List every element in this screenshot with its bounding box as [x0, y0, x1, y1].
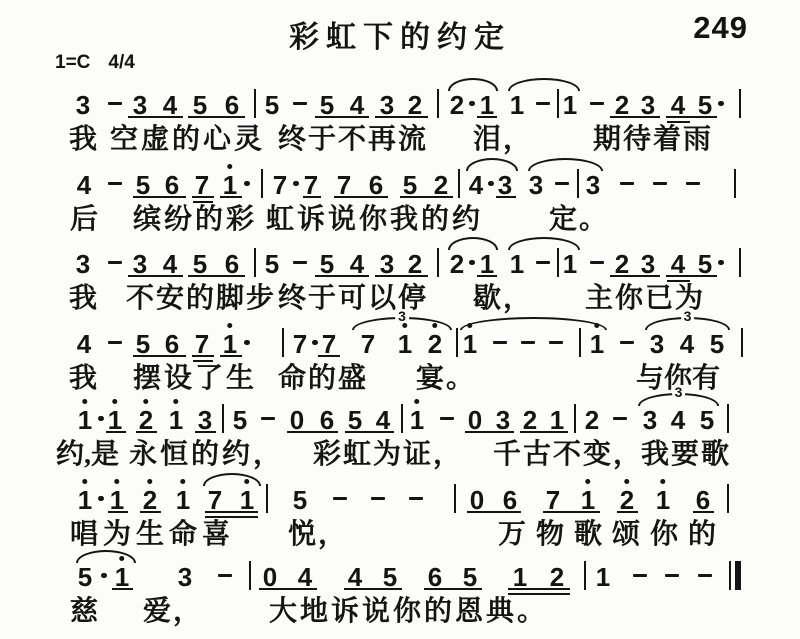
underline-beam — [666, 116, 717, 118]
note: 1 — [176, 487, 190, 513]
underline-beam — [375, 116, 428, 118]
note: 4 — [163, 251, 177, 277]
lyric-segment: 后 — [70, 206, 100, 234]
barline — [254, 89, 256, 118]
dash — [698, 574, 712, 577]
slur-arc — [528, 158, 603, 171]
note: 5 — [193, 92, 207, 118]
lyric-segment: 约,是 — [56, 441, 119, 469]
underline-beam — [424, 588, 482, 590]
note: 3 — [496, 407, 510, 433]
note: 4 — [376, 407, 390, 433]
dash — [521, 341, 535, 344]
lyric-segment: 大地诉说你的恩典。 — [269, 598, 548, 626]
dash — [665, 574, 679, 577]
note: 7 — [195, 331, 209, 357]
note: 7 — [208, 487, 222, 513]
lyric-segment: 唱为生命喜 — [70, 521, 235, 549]
barline — [456, 328, 458, 357]
score: 334565543221112345我空虚的心灵终于不再流泪，期待着雨45671… — [0, 0, 800, 639]
note: 0 — [263, 564, 277, 590]
underline-beam — [195, 431, 216, 433]
note: 3 — [586, 172, 600, 198]
lyric-segment: 不安的脚步 — [126, 285, 276, 313]
dash — [293, 102, 307, 105]
dash — [620, 182, 634, 185]
dash — [108, 261, 122, 264]
octave-dot — [625, 479, 630, 484]
octave-dot — [181, 479, 186, 484]
barline — [739, 89, 741, 118]
note: 3 — [650, 331, 664, 357]
dash — [620, 341, 634, 344]
dot — [488, 181, 493, 186]
underline-beam — [496, 196, 516, 198]
note: 1 — [110, 487, 124, 513]
underline-beam — [467, 511, 521, 513]
lyric-segment: 悦， — [288, 521, 348, 549]
note: 6 — [165, 172, 179, 198]
note: 1 — [656, 487, 670, 513]
slur-arc — [448, 237, 498, 250]
dot — [718, 260, 723, 265]
note: 5 — [193, 251, 207, 277]
note: 2 — [450, 251, 464, 277]
dash — [293, 261, 307, 264]
note: 6 — [225, 251, 239, 277]
lyric-segment: 宴。 — [416, 365, 476, 393]
underline-beam — [106, 431, 126, 433]
barline — [574, 404, 576, 433]
dash — [653, 182, 667, 185]
lyric-segment: 缤纷的彩 — [133, 206, 257, 234]
underline-beam — [477, 275, 497, 277]
underline-beam — [205, 511, 258, 513]
note: 4 — [163, 92, 177, 118]
note: 1 — [513, 564, 527, 590]
underline-beam — [136, 431, 157, 433]
underline-beam — [188, 275, 245, 277]
barline — [739, 248, 741, 277]
slur-arc — [203, 473, 261, 486]
note: 4 — [671, 407, 685, 433]
note: 1 — [550, 407, 564, 433]
note: 2 — [408, 92, 422, 118]
dash — [590, 102, 604, 105]
note: 1 — [115, 564, 129, 590]
octave-dot — [228, 164, 233, 169]
dot — [244, 340, 249, 345]
lyric-segment: 我要歌 — [641, 441, 731, 469]
lyric-segment: 我 — [69, 285, 99, 313]
barline — [577, 169, 579, 198]
note: 5 — [293, 487, 307, 513]
underline-beam — [192, 196, 214, 198]
octave-dot — [115, 479, 120, 484]
barline — [727, 484, 729, 513]
barline — [458, 169, 460, 198]
final-barline — [735, 561, 741, 590]
lyric-segment: 歇， — [473, 285, 533, 313]
note: 2 — [615, 251, 629, 277]
note: 4 — [350, 251, 364, 277]
note: 5 — [463, 564, 477, 590]
underline-beam — [315, 116, 369, 118]
octave-dot — [113, 399, 118, 404]
dash — [536, 102, 550, 105]
dash — [371, 497, 385, 500]
note: 3 — [76, 251, 90, 277]
note: 5 — [78, 564, 92, 590]
dash — [333, 497, 347, 500]
note: 2 — [428, 331, 442, 357]
dash — [590, 261, 604, 264]
dot — [101, 573, 106, 578]
dot — [469, 101, 474, 106]
underline-beam — [375, 275, 428, 277]
note: 2 — [450, 92, 464, 118]
note: 7 — [361, 331, 375, 357]
note: 2 — [585, 407, 599, 433]
note: 2 — [523, 407, 537, 433]
lyric-segment: 千古不变， — [493, 441, 643, 469]
dot — [98, 416, 103, 421]
note: 0 — [290, 407, 304, 433]
underline-beam — [345, 431, 394, 433]
barline — [557, 89, 559, 118]
note: 6 — [165, 331, 179, 357]
note: 1 — [410, 407, 424, 433]
slur-arc — [508, 237, 580, 250]
underline-beam — [188, 116, 245, 118]
note: 1 — [596, 564, 610, 590]
dash — [218, 574, 232, 577]
note: 1 — [223, 172, 237, 198]
note: 2 — [143, 487, 157, 513]
lyric-segment: 空虚的心灵 — [110, 126, 265, 154]
slur-arc — [448, 78, 498, 91]
note: 4 — [77, 172, 91, 198]
note: 1 — [398, 331, 412, 357]
dash — [555, 182, 569, 185]
note: 5 — [265, 92, 279, 118]
barline — [437, 248, 439, 277]
barline — [437, 89, 439, 118]
barline — [579, 328, 581, 357]
barline — [261, 169, 263, 198]
octave-dot — [83, 399, 88, 404]
note: 5 — [700, 407, 714, 433]
note: 5 — [320, 251, 334, 277]
note: 1 — [510, 92, 524, 118]
octave-dot — [148, 479, 153, 484]
dash — [633, 574, 647, 577]
dash — [549, 341, 563, 344]
underline-beam — [140, 511, 161, 513]
note: 3 — [498, 172, 512, 198]
underline-beam — [133, 196, 186, 198]
note: 0 — [468, 407, 482, 433]
slur-arc — [76, 550, 136, 563]
lyric-segment: 爱， — [143, 598, 203, 626]
dot — [312, 340, 317, 345]
note: 1 — [78, 407, 92, 433]
note: 3 — [133, 251, 147, 277]
underline-beam — [128, 116, 183, 118]
note: 1 — [563, 92, 577, 118]
underline-beam — [344, 588, 402, 590]
note: 1 — [510, 251, 524, 277]
note: 5 — [698, 251, 712, 277]
underline-beam — [259, 588, 317, 590]
underline-beam — [610, 275, 660, 277]
barline — [454, 484, 456, 513]
note: 5 — [383, 564, 397, 590]
octave-dot — [144, 399, 149, 404]
note: 3 — [178, 564, 192, 590]
note: 7 — [304, 172, 318, 198]
note: 5 — [233, 407, 247, 433]
note: 2 — [434, 172, 448, 198]
note: 4 — [298, 564, 312, 590]
note: 4 — [348, 564, 362, 590]
dot — [244, 181, 249, 186]
note: 0 — [470, 487, 484, 513]
dash — [108, 341, 122, 344]
underline-beam — [220, 355, 242, 357]
underline-beam — [610, 116, 660, 118]
lyric-segment: 虹诉说你我的约 — [266, 206, 483, 234]
note: 4 — [671, 251, 685, 277]
lyric-segment: 命的盛 — [278, 365, 368, 393]
slur-arc — [460, 317, 607, 330]
lyric-segment: 定。 — [549, 206, 609, 234]
lyric-segment: 摆设了生 — [133, 365, 257, 393]
lyric-segment: 我 — [69, 365, 99, 393]
dot — [469, 260, 474, 265]
note: 6 — [696, 487, 710, 513]
note: 1 — [480, 92, 494, 118]
barline — [254, 248, 256, 277]
underline-beam — [543, 511, 600, 513]
dash — [108, 182, 122, 185]
dot — [98, 496, 103, 501]
note: 3 — [380, 251, 394, 277]
note: 5 — [698, 92, 712, 118]
lyric-segment: 慈 — [70, 598, 100, 626]
note: 2 — [620, 487, 634, 513]
note: 3 — [641, 92, 655, 118]
underline-beam — [133, 355, 186, 357]
barline — [734, 169, 736, 198]
dot — [718, 101, 723, 106]
note: 7 — [322, 331, 336, 357]
note: 4 — [77, 331, 91, 357]
note: 6 — [369, 172, 383, 198]
underline-beam — [192, 355, 214, 357]
barline — [401, 404, 403, 433]
note: 1 — [590, 331, 604, 357]
note: 5 — [136, 172, 150, 198]
barline — [557, 248, 559, 277]
note: 3 — [380, 92, 394, 118]
note: 1 — [563, 251, 577, 277]
note: 1 — [581, 487, 595, 513]
note: 7 — [546, 487, 560, 513]
dash — [440, 417, 454, 420]
underline-beam — [508, 588, 570, 590]
triplet-number: 3 — [395, 309, 409, 323]
note: 4 — [680, 331, 694, 357]
note: 4 — [469, 172, 483, 198]
underline-beam — [112, 588, 133, 590]
sheet-music-page: 彩虹下的约定 249 1=C4/4 334565543221112345我空虚的… — [0, 0, 800, 639]
note: 7 — [337, 172, 351, 198]
octave-dot — [174, 399, 179, 404]
underline-beam — [334, 196, 388, 198]
note: 5 — [710, 331, 724, 357]
dash — [536, 261, 550, 264]
underline-beam — [617, 511, 638, 513]
underline-beam — [128, 275, 183, 277]
underline-beam — [287, 431, 338, 433]
barline — [584, 561, 586, 590]
final-barline — [729, 561, 731, 590]
underline-beam — [465, 431, 514, 433]
note: 5 — [320, 92, 334, 118]
dash — [493, 341, 507, 344]
underline-beam — [315, 275, 369, 277]
octave-dot — [415, 399, 420, 404]
note: 7 — [195, 172, 209, 198]
underline-beam — [693, 511, 714, 513]
note: 3 — [133, 92, 147, 118]
lyric-segment: 彩虹为证， — [313, 441, 463, 469]
lyric-segment: 终于不再流 — [278, 126, 428, 154]
lyric-segment: 泪， — [473, 126, 533, 154]
barline — [249, 561, 251, 590]
note: 2 — [550, 564, 564, 590]
note: 3 — [76, 92, 90, 118]
note: 1 — [108, 407, 122, 433]
note: 5 — [403, 172, 417, 198]
lyric-segment: 我 — [69, 126, 99, 154]
note: 1 — [463, 331, 477, 357]
underline-beam — [520, 431, 568, 433]
dash — [686, 182, 700, 185]
barline — [266, 484, 268, 513]
slur-arc — [466, 158, 518, 171]
underline-beam — [108, 511, 128, 513]
octave-dot — [586, 479, 591, 484]
note: 5 — [348, 407, 362, 433]
note: 3 — [529, 172, 543, 198]
underline-beam — [303, 196, 321, 198]
dash — [613, 417, 627, 420]
note: 6 — [503, 487, 517, 513]
note: 1 — [240, 487, 254, 513]
slur-arc — [508, 78, 580, 91]
octave-dot — [83, 479, 88, 484]
barline — [727, 404, 729, 433]
barline — [282, 328, 284, 357]
barline — [741, 328, 743, 357]
note: 3 — [641, 251, 655, 277]
note: 7 — [293, 331, 307, 357]
note: 2 — [615, 92, 629, 118]
underline-beam — [477, 116, 497, 118]
octave-dot — [661, 479, 666, 484]
barline — [222, 404, 224, 433]
note: 5 — [265, 251, 279, 277]
underline-beam — [318, 355, 340, 357]
note: 7 — [273, 172, 287, 198]
note: 3 — [198, 407, 212, 433]
note: 1 — [223, 331, 237, 357]
underline-beam — [400, 196, 453, 198]
lyric-segment: 期待着雨 — [593, 126, 713, 154]
lyric-segment: 万物歌颂你的 — [498, 521, 726, 549]
note: 4 — [671, 92, 685, 118]
note: 2 — [139, 407, 153, 433]
dash — [409, 497, 423, 500]
triplet-number: 3 — [681, 309, 695, 323]
dot — [293, 181, 298, 186]
underline-beam — [220, 196, 242, 198]
note: 2 — [408, 251, 422, 277]
note: 6 — [225, 92, 239, 118]
triplet-number: 3 — [672, 385, 686, 399]
note: 5 — [136, 331, 150, 357]
note: 1 — [78, 487, 92, 513]
underline-beam — [666, 275, 717, 277]
note: 3 — [643, 407, 657, 433]
dash — [261, 417, 275, 420]
note: 1 — [169, 407, 183, 433]
note: 4 — [350, 92, 364, 118]
note: 6 — [320, 407, 334, 433]
lyric-segment: 永恒的约， — [129, 441, 284, 469]
note: 1 — [480, 251, 494, 277]
dash — [108, 102, 122, 105]
octave-dot — [228, 323, 233, 328]
note: 6 — [428, 564, 442, 590]
